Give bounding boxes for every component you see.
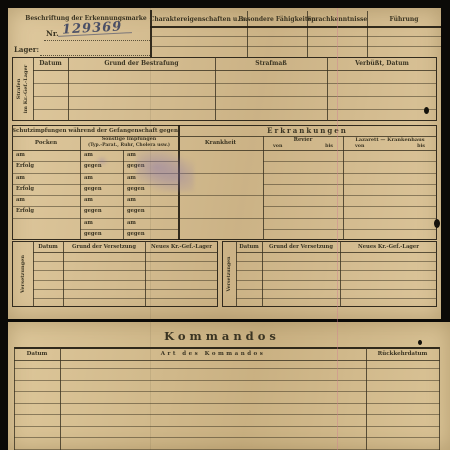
grid-line-v bbox=[14, 347, 15, 450]
grid-line bbox=[150, 46, 441, 47]
kommandos-title: Kommandos bbox=[132, 327, 312, 345]
grid-line-v bbox=[366, 347, 367, 450]
grid-line bbox=[14, 391, 440, 392]
grid-line bbox=[263, 206, 437, 207]
impfung-cell: am bbox=[84, 150, 93, 161]
impfung-cell: Erfolg bbox=[16, 206, 34, 217]
impfung-cell: am bbox=[127, 150, 136, 161]
versetzungen-side-label-text: Versetzungen bbox=[20, 255, 26, 293]
grid-line bbox=[12, 195, 178, 196]
grid-line bbox=[178, 218, 263, 219]
grid-line-v bbox=[263, 136, 264, 240]
impfung-cell: Erfolg bbox=[16, 184, 34, 195]
impfung-cell: gegen bbox=[84, 229, 102, 240]
grid-line bbox=[14, 360, 440, 361]
erkrankungen-col-lazarett: Lazarett — Krankenhaus von bis bbox=[343, 136, 437, 150]
grid-line bbox=[14, 380, 440, 381]
impfung-cell: am bbox=[127, 173, 136, 184]
versetzungen-col-neues: Neues Kr.-Gef.-Lager bbox=[340, 241, 437, 252]
upper-card: Beschriftung der Erkennungsmarke Nr. 129… bbox=[8, 8, 441, 319]
impfung-cell: gegen bbox=[127, 206, 145, 217]
lazarett-von-bis: von bis bbox=[343, 143, 437, 149]
impfungen-title: Schutzimpfungen während der Gefangenscha… bbox=[12, 125, 178, 136]
grid-line bbox=[33, 96, 437, 97]
traits-col-header: Führung bbox=[367, 12, 441, 26]
grid-line bbox=[178, 195, 263, 196]
versetzungen-col-neues: Neues Kr.-Gef.-Lager bbox=[145, 241, 218, 252]
lazarett-label: Lazarett — Krankenhaus bbox=[343, 136, 437, 143]
impfung-cell: gegen bbox=[84, 206, 102, 217]
nr-dotted-line bbox=[44, 39, 150, 41]
strafen-side-label-2: im Kr.-Gef.-Lager bbox=[23, 65, 30, 114]
fold-crease bbox=[150, 8, 151, 450]
revier-von-bis: von bis bbox=[263, 143, 343, 149]
traits-header-rule bbox=[150, 26, 441, 28]
grid-line bbox=[14, 437, 440, 438]
grid-line-v bbox=[439, 347, 440, 450]
strafen-header-rule bbox=[33, 70, 437, 71]
grid-line bbox=[14, 368, 440, 369]
impfung-cell: Erfolg bbox=[16, 161, 34, 172]
ink-blot bbox=[434, 219, 440, 228]
impfung-cell: am bbox=[16, 150, 25, 161]
kommandos-col-art: Art des Kommandos bbox=[60, 348, 366, 360]
impfung-cell: am bbox=[127, 218, 136, 229]
impfung-cell: gegen bbox=[84, 184, 102, 195]
purple-stamp-smudge bbox=[136, 150, 194, 192]
lager-label: Lager: bbox=[14, 45, 39, 54]
erkrankungen-col-revier: Revier von bis bbox=[263, 136, 343, 150]
strafen-col-datum: Datum bbox=[33, 57, 68, 70]
grid-line bbox=[263, 229, 437, 230]
grid-line bbox=[263, 184, 437, 185]
grid-line bbox=[263, 218, 437, 219]
strafen-col-verbuesst: Verbüßt, Datum bbox=[327, 57, 437, 70]
impfung-cell: am bbox=[84, 218, 93, 229]
grid-line bbox=[14, 426, 440, 427]
impfung-cell: am bbox=[127, 195, 136, 206]
scanned-pow-record-card: Beschriftung der Erkennungsmarke Nr. 129… bbox=[0, 0, 450, 450]
versetzungen-side-label-text: Versetzungen bbox=[227, 257, 232, 292]
versetzungen-side-label: Versetzungen bbox=[17, 242, 29, 306]
versetzungen-col-datum: Datum bbox=[33, 241, 63, 252]
kommandos-col-rueckkehr: Rückkehrdatum bbox=[366, 348, 439, 360]
revier-label: Revier bbox=[263, 136, 343, 143]
traits-col-header: Besondere Fähigkeiten bbox=[247, 12, 307, 26]
grid-line bbox=[12, 218, 178, 219]
grid-line bbox=[33, 270, 218, 271]
grid-line bbox=[14, 449, 440, 450]
von-label: von bbox=[355, 143, 364, 149]
grid-line bbox=[33, 252, 218, 253]
grid-line-v bbox=[80, 136, 81, 240]
versetzungen-col-grund: Grund der Versetzung bbox=[63, 241, 145, 252]
strafen-col-strafmass: Strafmaß bbox=[215, 57, 327, 70]
versetzungen-col-grund: Grund der Versetzung bbox=[262, 241, 340, 252]
ink-blot bbox=[418, 340, 422, 345]
strafen-side-label-1: Strafen bbox=[16, 79, 23, 100]
grid-line bbox=[33, 83, 437, 84]
impfung-cell: am bbox=[84, 195, 93, 206]
grid-line bbox=[263, 195, 437, 196]
strafen-side-label: Strafen im Kr.-Gef.-Lager bbox=[14, 59, 32, 119]
lower-card: Kommandos Datum Art des Kommandos Rückke… bbox=[8, 322, 450, 450]
purple-stamp-smudge bbox=[96, 156, 108, 166]
grid-line bbox=[150, 36, 441, 37]
impfung-cell: am bbox=[16, 195, 25, 206]
von-label: von bbox=[273, 143, 282, 149]
grid-line bbox=[33, 298, 218, 299]
impfungen-col-sonstige: Sonstige Impfungen (Typ.-Parat., Ruhr, C… bbox=[80, 136, 178, 150]
erkrankungen-col-krankheit: Krankheit bbox=[178, 136, 263, 150]
grid-line bbox=[263, 161, 437, 162]
impfung-cell: am bbox=[84, 173, 93, 184]
grid-line bbox=[33, 261, 218, 262]
grid-line bbox=[14, 403, 440, 404]
kommandos-col-datum: Datum bbox=[14, 348, 60, 360]
lager-dotted-line bbox=[40, 54, 150, 56]
nr-label: Nr. bbox=[46, 29, 59, 38]
grid-line bbox=[12, 150, 437, 151]
erkrankungen-title: Erkrankungen bbox=[178, 125, 437, 136]
grid-line bbox=[33, 109, 437, 110]
versetzungen-side-label: Versetzungen bbox=[224, 243, 234, 305]
grid-line bbox=[33, 289, 218, 290]
ink-blot bbox=[424, 107, 429, 114]
impfungen-col-pocken: Pocken bbox=[12, 136, 80, 150]
impfung-cell: am bbox=[16, 173, 25, 184]
grid-line bbox=[33, 280, 218, 281]
sonstige-line2: (Typ.-Parat., Ruhr, Cholera usw.) bbox=[88, 143, 170, 148]
versetzungen-col-datum: Datum bbox=[236, 241, 262, 252]
grid-line bbox=[14, 414, 440, 415]
bis-label: bis bbox=[325, 143, 333, 149]
impfung-cell: gegen bbox=[127, 229, 145, 240]
grid-line-v bbox=[343, 136, 344, 240]
bis-label: bis bbox=[417, 143, 425, 149]
traits-col-header: Charaktereigenschaften u. a. bbox=[150, 12, 247, 26]
pink-vertical-rule bbox=[337, 8, 338, 450]
grid-line-v bbox=[60, 347, 61, 450]
grid-line bbox=[263, 173, 437, 174]
strafen-col-grund: Grund der Bestrafung bbox=[68, 57, 215, 70]
